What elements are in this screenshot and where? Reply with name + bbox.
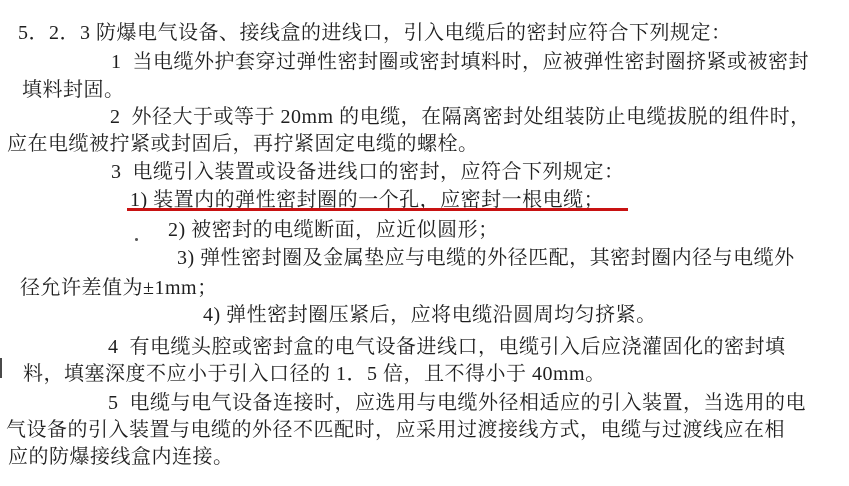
item-2-line-2: 应在电缆被拧紧或封固后，再拧紧固定电缆的螺栓。 — [7, 132, 479, 156]
sub-item-3-line-1: 3) 弹性密封圈及金属垫应与电缆的外径匹配，其密封圈内径与电缆外 — [177, 246, 795, 270]
document-page: 5．2．3 防爆电气设备、接线盒的进线口，引入电缆后的密封应符合下列规定： 1 … — [0, 0, 849, 486]
item-1-line-2: 填料封固。 — [22, 78, 125, 102]
sub-item-3-line-2: 径允许差值为±1mm； — [20, 276, 218, 300]
item-5-line-1: 5 电缆与电气设备连接时，应选用与电缆外径相适应的引入装置，当选用的电 — [108, 391, 806, 415]
item-3-line: 3 电缆引入装置或设备进线口的密封，应符合下列规定： — [111, 160, 625, 184]
item-4-line-1: 4 有电缆头腔或密封盒的电气设备进线口，电缆引入后应浇灌固化的密封填 — [108, 335, 786, 359]
sub-item-4-line: 4) 弹性密封圈压紧后，应将电缆沿圆周均匀挤紧。 — [203, 303, 657, 327]
item-5-line-3: 应的防爆接线盒内连接。 — [8, 445, 234, 469]
clause-heading-line: 5．2．3 防爆电气设备、接线盒的进线口，引入电缆后的密封应符合下列规定： — [18, 21, 732, 45]
item-1-line-1: 1 当电缆外护套穿过弹性密封圈或密封填料时，应被弹性密封圈挤紧或被密封 — [111, 50, 809, 74]
item-5-line-2: 气设备的引入装置与电缆的外径不匹配时，应采用过渡接线方式，电缆与过渡线应在相 — [6, 418, 785, 442]
sub-item-2-line: 2) 被密封的电缆断面，应近似圆形； — [168, 218, 499, 242]
scan-dot-artifact — [135, 238, 138, 241]
item-2-line-1: 2 外径大于或等于 20mm 的电缆，在隔离密封处组装防止电缆拔脱的组件时， — [110, 105, 811, 129]
left-edge-scan-artifact — [0, 358, 2, 378]
item-4-line-2: 料，填塞深度不应小于引入口径的 1．5 倍，且不得小于 40mm。 — [23, 362, 606, 386]
red-underline-annotation — [127, 208, 628, 211]
